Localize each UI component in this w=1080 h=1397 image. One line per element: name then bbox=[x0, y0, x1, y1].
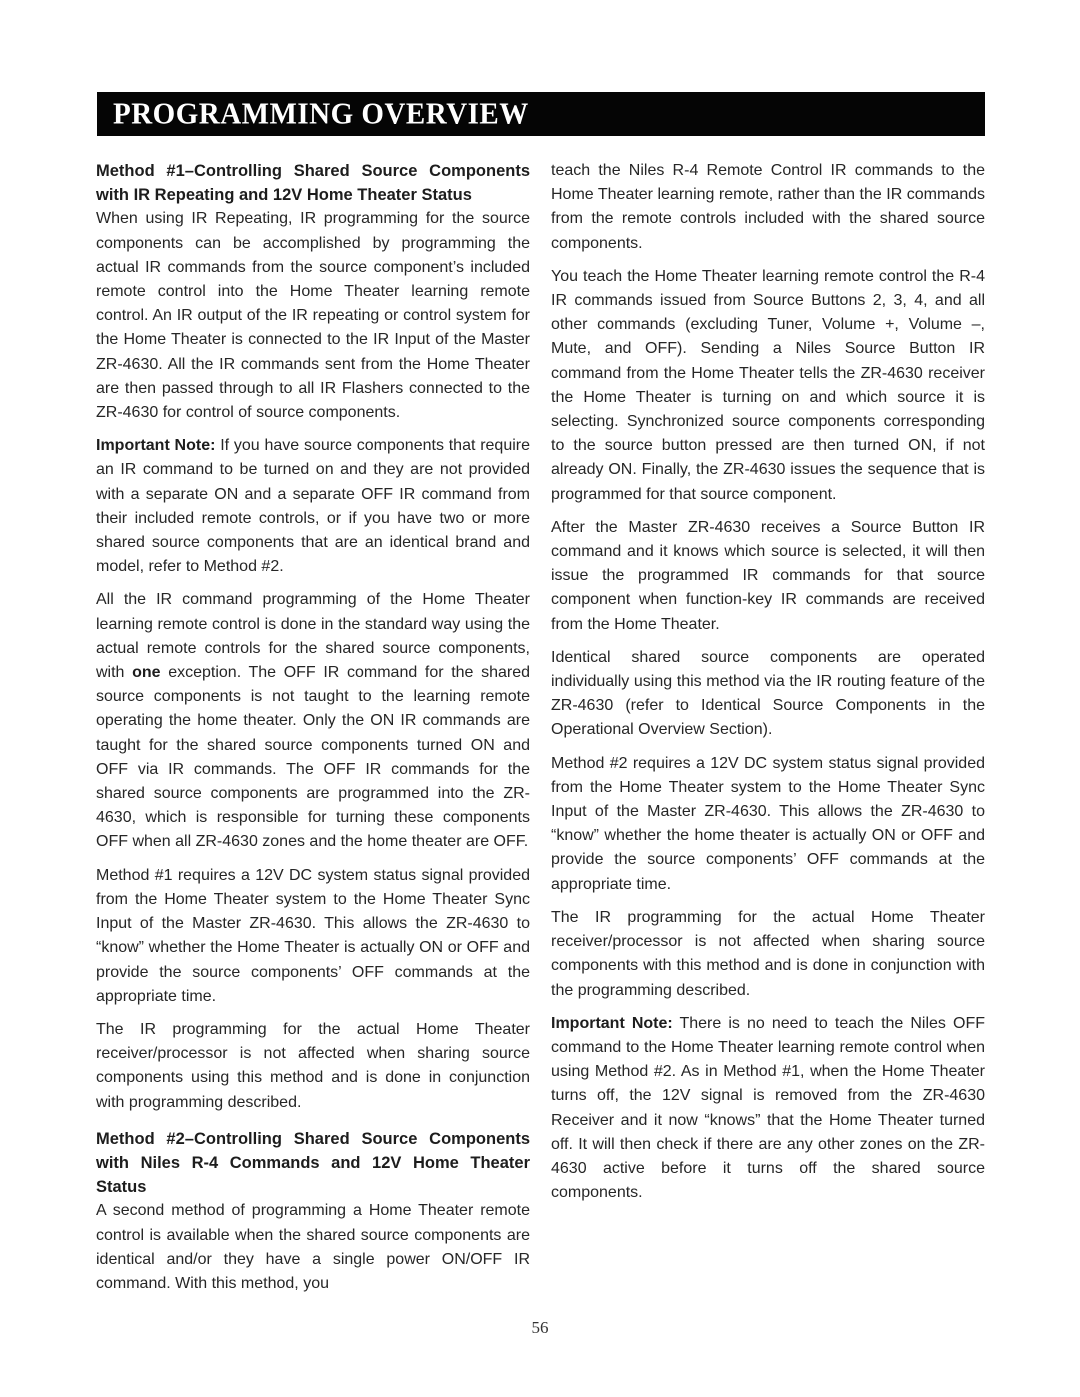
identical-components-paragraph: Identical shared source components are o… bbox=[551, 646, 985, 743]
important-note-1-paragraph: Important Note: If you have source compo… bbox=[96, 434, 530, 579]
method2-12v-requirement-paragraph: Method #2 requires a 12V DC system statu… bbox=[551, 752, 985, 897]
section-header-bar: PROGRAMMING OVERVIEW bbox=[97, 92, 985, 136]
important-note-2-label: Important Note: bbox=[551, 1015, 673, 1032]
r4-commands-paragraph: You teach the Home Theater learning remo… bbox=[551, 265, 985, 507]
paragraph-text: exception. The OFF IR command for the sh… bbox=[96, 664, 530, 850]
method1-intro-paragraph: When using IR Repeating, IR programming … bbox=[96, 207, 530, 425]
important-note-2-paragraph: Important Note: There is no need to teac… bbox=[551, 1012, 985, 1206]
method2-intro-paragraph: A second method of programming a Home Th… bbox=[96, 1199, 530, 1296]
page-number: 56 bbox=[0, 1318, 1080, 1338]
method1-ir-programming-paragraph: The IR programming for the actual Home T… bbox=[96, 1018, 530, 1115]
two-column-text-layout: Method #1–Controlling Shared Source Comp… bbox=[96, 159, 985, 1305]
section-heading-method-2: Method #2–Controlling Shared Source Comp… bbox=[96, 1127, 530, 1200]
manual-page: PROGRAMMING OVERVIEW Method #1–Controlli… bbox=[0, 0, 1080, 1397]
important-note-1-text: If you have source components that requi… bbox=[96, 437, 530, 575]
right-column: teach the Niles R-4 Remote Control IR co… bbox=[551, 159, 985, 1305]
method1-12v-requirement-paragraph: Method #1 requires a 12V DC system statu… bbox=[96, 864, 530, 1009]
method2-ir-programming-paragraph: The IR programming for the actual Home T… bbox=[551, 906, 985, 1003]
important-note-2-text: There is no need to teach the Niles OFF … bbox=[551, 1015, 985, 1201]
emphasis-one: one bbox=[132, 664, 160, 681]
method2-continuation-paragraph: teach the Niles R-4 Remote Control IR co… bbox=[551, 159, 985, 256]
important-note-1-label: Important Note: bbox=[96, 437, 215, 454]
ir-command-programming-paragraph: All the IR command programming of the Ho… bbox=[96, 588, 530, 854]
page-title: PROGRAMMING OVERVIEW bbox=[113, 99, 529, 129]
section-heading-method-1: Method #1–Controlling Shared Source Comp… bbox=[96, 159, 530, 207]
left-column: Method #1–Controlling Shared Source Comp… bbox=[96, 159, 530, 1305]
source-button-paragraph: After the Master ZR-4630 receives a Sour… bbox=[551, 516, 985, 637]
